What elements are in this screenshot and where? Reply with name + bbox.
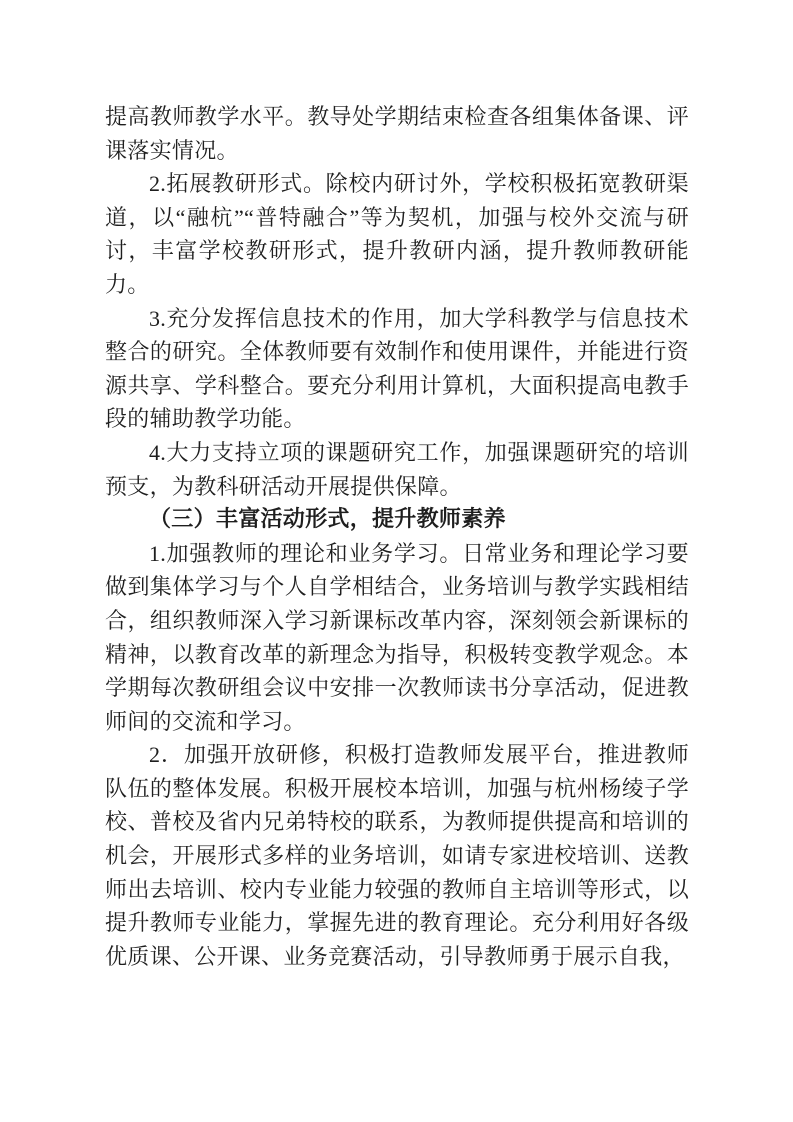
document-page: 提高教师教学水平。教导处学期结束检查各组集体备课、评课落实情况。 2.拓展教研形…	[105, 100, 689, 973]
paragraph-item-2-section3: 2．加强开放研修，积极打造教师发展平台，推进教师队伍的整体发展。积极开展校本培训…	[105, 738, 689, 973]
paragraph-item-4: 4.大力支持立项的课题研究工作，加强课题研究的培训预支，为教科研活动开展提供保障…	[105, 436, 689, 503]
paragraph-item-2: 2.拓展教研形式。除校内研讨外，学校积极拓宽教研渠道，以“融杭”“普特融合”等为…	[105, 167, 689, 301]
section-heading: （三）丰富活动形式，提升教师素养	[105, 503, 689, 537]
paragraph-item-3: 3.充分发挥信息技术的作用，加大学科教学与信息技术整合的研究。全体教师要有效制作…	[105, 302, 689, 436]
paragraph-continuation: 提高教师教学水平。教导处学期结束检查各组集体备课、评课落实情况。	[105, 100, 689, 167]
paragraph-item-1-section3: 1.加强教师的理论和业务学习。日常业务和理论学习要做到集体学习与个人自学相结合，…	[105, 537, 689, 739]
